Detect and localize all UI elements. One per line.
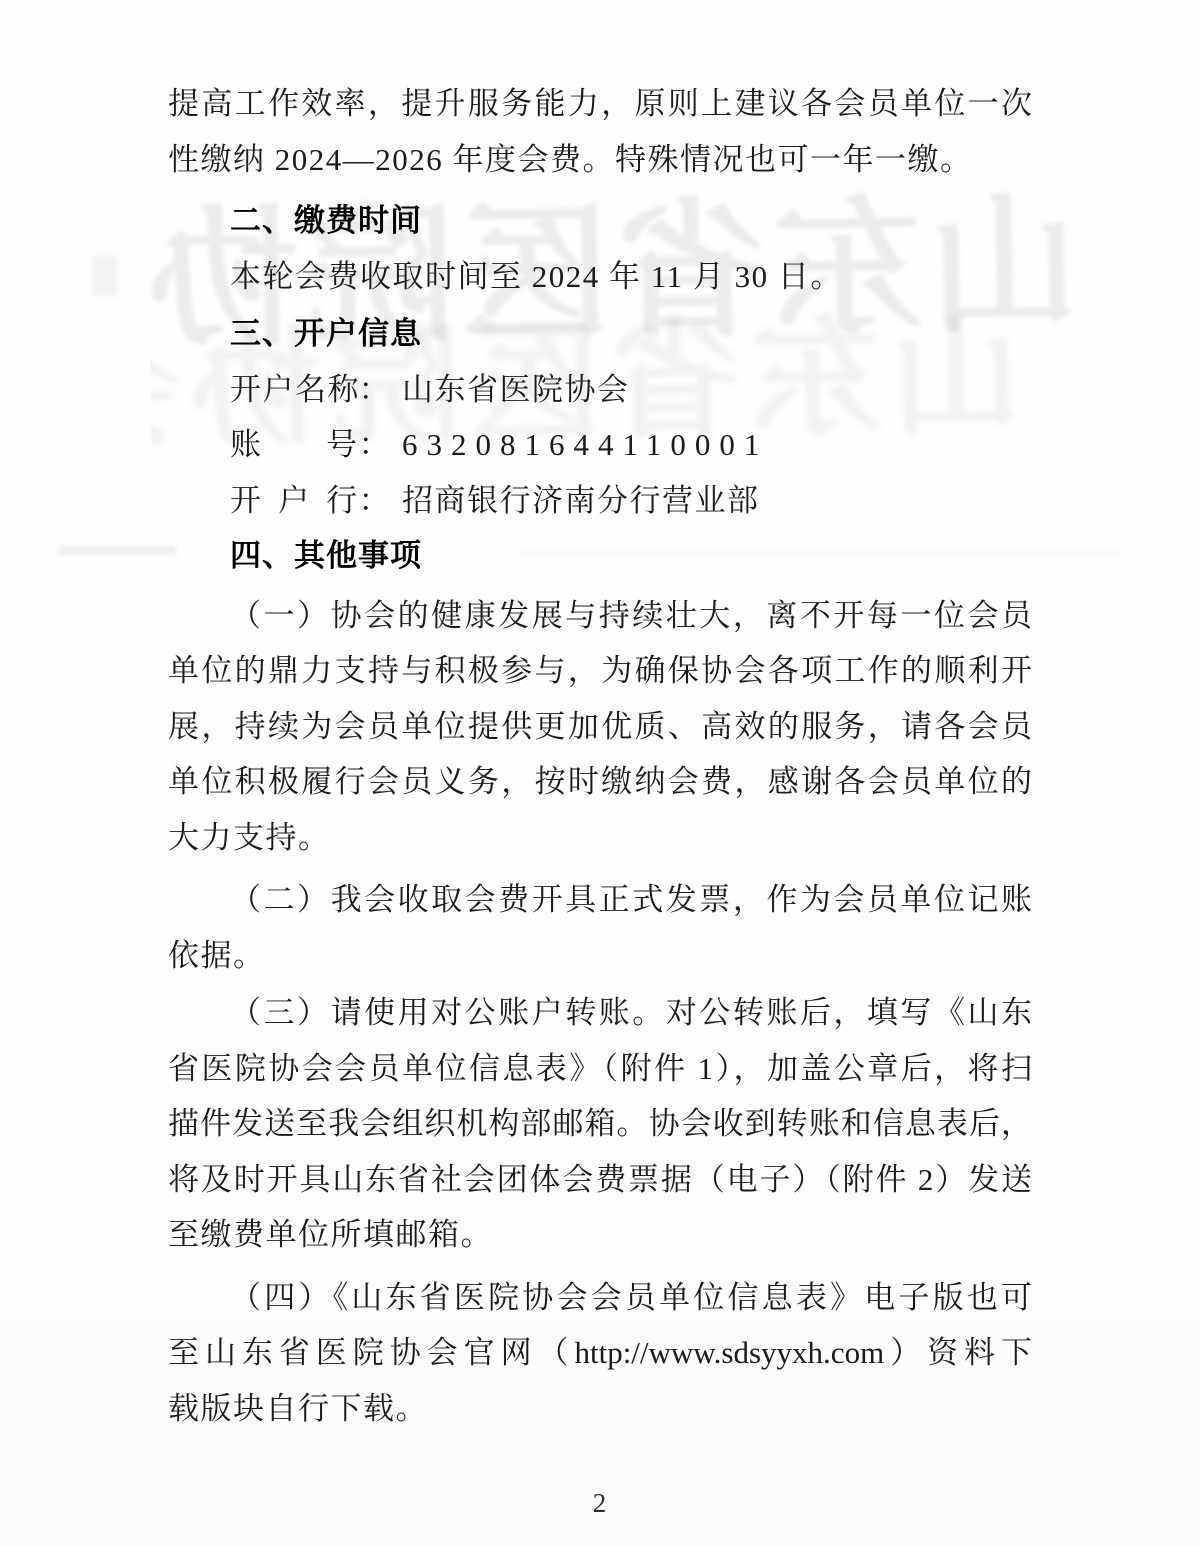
heading-other-matters: 四、其他事项 (168, 528, 1032, 584)
intro-line-1: 提高工作效率，提升服务能力，原则上建议各会员单位一次 (168, 76, 1032, 132)
bank-branch-value: 招商银行济南分行营业部 (402, 483, 760, 518)
bank-branch-label: 开户行 (230, 473, 359, 529)
account-name-value: 山东省医院协会 (402, 372, 630, 407)
item4-line-1: （四）《山东省医院协会会员单位信息表》电子版也可 (168, 1270, 1032, 1326)
page-number: 2 (0, 1488, 1200, 1519)
item1-line-3: 展，持续为会员单位提供更加优质、高效的服务，请各会员 (168, 699, 1032, 755)
account-number-value: 632081644110001 (402, 427, 768, 462)
colon: ： (359, 427, 392, 462)
colon: ： (359, 483, 392, 518)
intro-line-2: 性缴纳 2024—2026 年度会费。特殊情况也可一年一缴。 (168, 132, 1032, 188)
item3-line-5: 至缴费单位所填邮箱。 (168, 1207, 1032, 1263)
document-body: 提高工作效率，提升服务能力，原则上建议各会员单位一次 性缴纳 2024—2026… (168, 76, 1032, 1436)
item3-line-3: 描件发送至我会组织机构部邮箱。协会收到转账和信息表后， (168, 1096, 1032, 1152)
item3-line-2: 省医院协会会员单位信息表》（附件 1），加盖公章后，将扫 (168, 1041, 1032, 1097)
account-name-row: 开户名称：山东省医院协会 (168, 362, 1032, 418)
item1-line-4: 单位积极履行会员义务，按时缴纳会费，感谢各会员单位的 (168, 754, 1032, 810)
scan-noise-smudge (92, 256, 118, 296)
scan-noise-streak (58, 546, 176, 555)
bank-branch-row: 开户行：招商银行济南分行营业部 (168, 473, 1032, 529)
item2-line-2: 依据。 (168, 928, 1032, 984)
item4-line-3: 载版块自行下载。 (168, 1381, 1032, 1437)
heading-account-info: 三、开户信息 (168, 306, 1032, 362)
account-name-label: 开户名称 (230, 362, 359, 418)
item1-line-2: 单位的鼎力支持与积极参与，为确保协会各项工作的顺利开 (168, 643, 1032, 699)
item3-line-4: 将及时开具山东省社会团体会费票据（电子）（附件 2）发送 (168, 1152, 1032, 1208)
scanned-document-page: 山东省医院协会 山东省医院协会 提高工作效率，提升服务能力，原则上建议各会员单位… (0, 0, 1200, 1546)
item1-line-1: （一）协会的健康发展与持续壮大，离不开每一位会员 (168, 588, 1032, 644)
item3-line-1: （三）请使用对公账户转账。对公转账后，填写《山东 (168, 985, 1032, 1041)
item1-line-5: 大力支持。 (168, 810, 1032, 866)
account-number-label: 账号 (230, 417, 359, 473)
item4-line-2: 至山东省医院协会官网（http://www.sdsyyxh.com）资料下 (168, 1325, 1032, 1381)
payment-deadline-text: 本轮会费收取时间至 2024 年 11 月 30 日。 (168, 249, 1032, 305)
heading-payment-time: 二、缴费时间 (168, 193, 1032, 249)
item2-line-1: （二）我会收取会费开具正式发票，作为会员单位记账 (168, 872, 1032, 928)
colon: ： (359, 372, 392, 407)
account-number-row: 账号：632081644110001 (168, 417, 1032, 473)
